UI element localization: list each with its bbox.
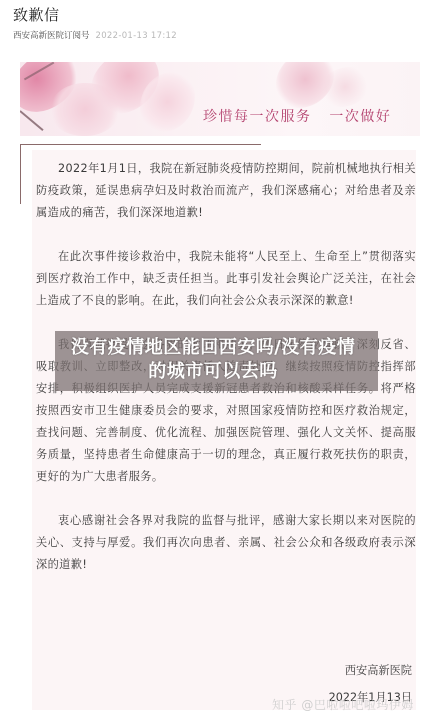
zhihu-watermark: 知乎 @巴啦啦吧啦玛伊姆 xyxy=(272,696,414,713)
letter-paragraph: 衷心感谢社会各界对我院的监督与批评，感谢大家长期以来对医院的关心、支持与厚爱。我… xyxy=(36,510,416,576)
signature-organization: 西安高新医院 xyxy=(345,662,412,678)
flower-stem-graphic xyxy=(20,110,44,131)
article-meta: 西安高新医院订阅号2022-01-13 17:12 xyxy=(13,29,177,41)
letter-frame-left xyxy=(20,144,21,204)
header-banner-image: 珍惜每一次服务 一次做好 xyxy=(20,62,420,136)
letter-frame-top xyxy=(20,144,261,145)
caption-overlay-text: 没有疫情地区能回西安吗/没有疫情的城市可以去吗 xyxy=(63,336,363,384)
publish-timestamp: 2022-01-13 17:12 xyxy=(96,31,177,41)
letter-paragraph: 在此次事件接诊救治中，我院未能将“人民至上、生命至上”贯彻落实到医疗救治工作中，… xyxy=(36,246,416,312)
article-title: 致歉信 xyxy=(13,4,60,25)
account-name-link[interactable]: 西安高新医院订阅号 xyxy=(13,31,90,41)
banner-slogan: 珍惜每一次服务 一次做好 xyxy=(203,106,391,126)
letter-paragraph: 2022年1月1日，我院在新冠肺炎疫情防控期间，院前机械地执行相关防疫政策，延误… xyxy=(36,158,416,224)
